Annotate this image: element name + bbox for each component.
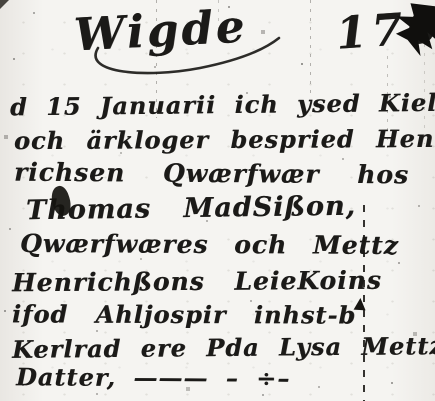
manuscript-line: d 15 Januarii ich ysed Kieln: [10, 88, 435, 122]
manuscript-line: richsen Qwærfwær hos: [14, 158, 409, 190]
pen-flourish: [82, 32, 282, 84]
page-edge-mark: [0, 0, 9, 9]
manuscript-page: Wigde 1705 d 15 Januarii ich ysed Kieln …: [0, 0, 435, 401]
manuscript-line: Henrichßons LeieKoins: [12, 266, 382, 298]
manuscript-line: ifod Ahljospir inhst-b: [12, 299, 356, 329]
column-rule-dashed: [363, 205, 365, 401]
manuscript-line: Qwærfwæres och Mettz: [20, 229, 399, 260]
fold-line: [310, 0, 311, 96]
manuscript-line: Kerlrad ere Pda Lysa Mettz: [12, 331, 435, 364]
manuscript-line: Thomas MadSißon,: [26, 191, 356, 227]
manuscript-line: Datter, ——— – ÷–: [16, 362, 290, 392]
manuscript-line: och ärkloger bespried Hen-: [14, 124, 435, 155]
